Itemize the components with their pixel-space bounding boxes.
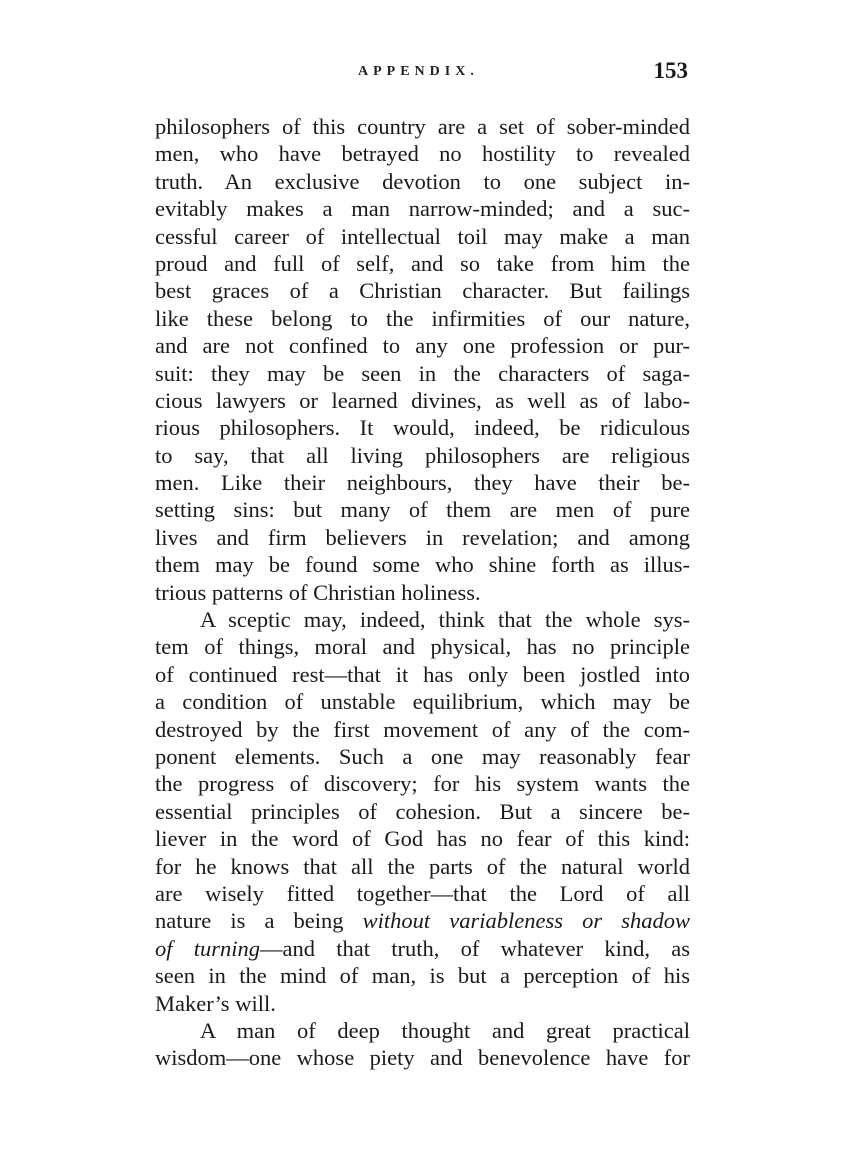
text-line: men. Like their neighbours, they have th… (155, 469, 690, 496)
italic-phrase: without variableness or shadow (363, 908, 690, 933)
text-line: to say, that all living philosophers are… (155, 442, 690, 469)
text-line: for he knows that all the parts of the n… (155, 853, 690, 880)
text-line: are wisely fitted together—that the Lord… (155, 880, 690, 907)
text-line: proud and full of self, and so take from… (155, 250, 690, 277)
paragraph-3: A man of deep thought and great practica… (155, 1017, 690, 1072)
text-line: cious lawyers or learned divines, as wel… (155, 387, 690, 414)
text-line: seen in the mind of man, is but a percep… (155, 962, 690, 989)
text-line: destroyed by the first movement of any o… (155, 716, 690, 743)
text-line: essential principles of cohesion. But a … (155, 798, 690, 825)
text-line: wisdom—one whose piety and benevolence h… (155, 1044, 690, 1071)
text-line: philosophers of this country are a set o… (155, 113, 690, 140)
text-line: them may be found some who shine forth a… (155, 551, 690, 578)
text-run: nature is a being (155, 908, 363, 933)
paragraph-2: A sceptic may, indeed, think that the wh… (155, 606, 690, 1017)
body-text: philosophers of this country are a set o… (155, 113, 690, 1072)
text-line: trious patterns of Christian holiness. (155, 579, 690, 606)
text-line: A man of deep thought and great practica… (155, 1017, 690, 1044)
text-line: the progress of discovery; for his syste… (155, 770, 690, 797)
text-line: of continued rest—that it has only been … (155, 661, 690, 688)
text-line-with-italic: of turning—and that truth, of whatever k… (155, 935, 690, 962)
text-line: A sceptic may, indeed, think that the wh… (155, 606, 690, 633)
text-line: lives and firm believers in revelation; … (155, 524, 690, 551)
text-line: tem of things, moral and physical, has n… (155, 633, 690, 660)
book-page: APPENDIX. 153 philosophers of this count… (0, 0, 850, 1150)
italic-phrase: of turning (155, 936, 260, 961)
text-line-with-italic: nature is a being without variableness o… (155, 907, 690, 934)
text-line: men, who have betrayed no hostility to r… (155, 140, 690, 167)
text-run: —and that truth, of whatever kind, as (260, 936, 690, 961)
text-line: best graces of a Christian character. Bu… (155, 277, 690, 304)
text-line: cessful career of intellectual toil may … (155, 223, 690, 250)
text-line: suit: they may be seen in the characters… (155, 360, 690, 387)
text-line: a condition of unstable equilibrium, whi… (155, 688, 690, 715)
text-line: like these belong to the infirmities of … (155, 305, 690, 332)
paragraph-1: philosophers of this country are a set o… (155, 113, 690, 606)
running-title: APPENDIX. (358, 64, 479, 80)
text-line: evitably makes a man narrow-minded; and … (155, 195, 690, 222)
running-head: APPENDIX. 153 (155, 60, 690, 90)
text-line: liever in the word of God has no fear of… (155, 825, 690, 852)
text-line: setting sins: but many of them are men o… (155, 496, 690, 523)
text-line: rious philosophers. It would, indeed, be… (155, 414, 690, 441)
text-line: and are not confined to any one professi… (155, 332, 690, 359)
text-line: Maker’s will. (155, 990, 690, 1017)
text-line: truth. An exclusive devotion to one subj… (155, 168, 690, 195)
text-line: ponent elements. Such a one may reasonab… (155, 743, 690, 770)
page-number: 153 (654, 58, 689, 84)
